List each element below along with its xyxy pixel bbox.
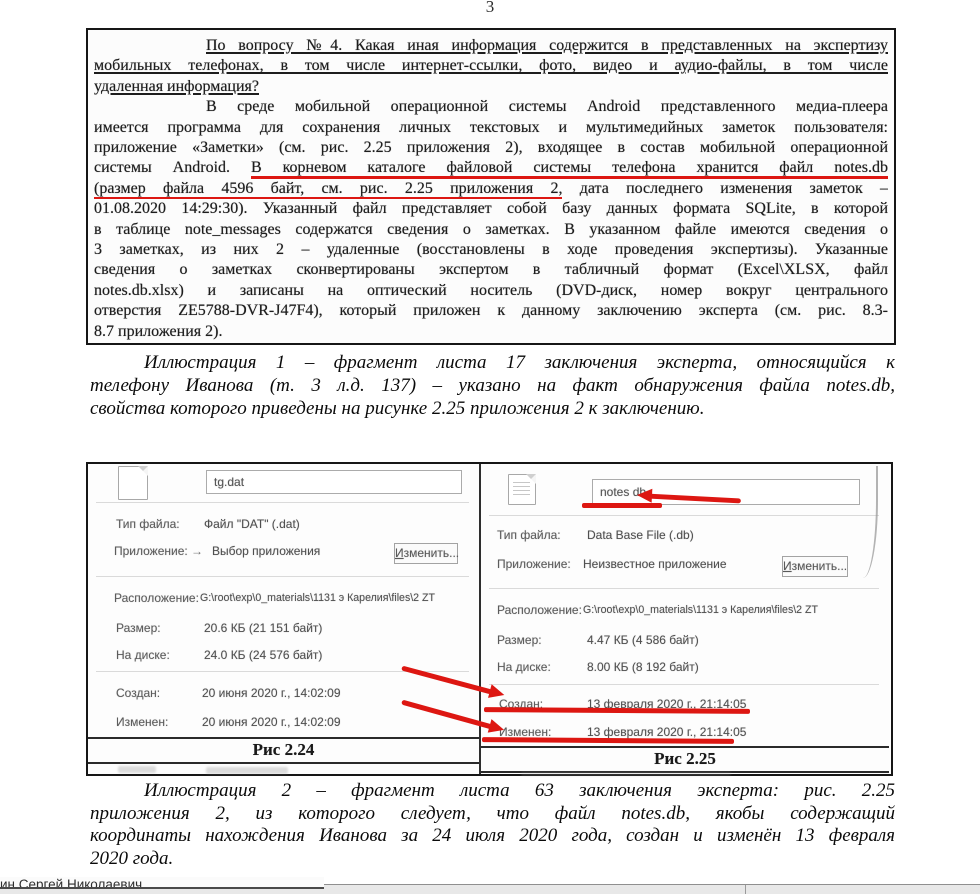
caption2-line: Иллюстрация 2 – фрагмент листа 63 заключ…	[90, 780, 895, 803]
file-type-value: Data Base File (.db)	[587, 528, 694, 542]
scan-text-line: в таблице note_messages содержатся сведе…	[94, 220, 888, 240]
modified-label: Изменен:	[116, 715, 168, 729]
scan-text-segment: 01.08.2020 14:29:30). Указанный файл пре…	[94, 200, 888, 217]
scan-text-line: По вопросу №4. Какая иная информация сод…	[94, 36, 888, 56]
scan-text-line: системы Android. В корневом каталоге фай…	[94, 158, 888, 178]
scan-text-segment: По вопросу №4. Какая иная информация сод…	[206, 37, 888, 54]
scan-text-segment: сведения о заметках сконвертированы эксп…	[94, 261, 888, 278]
file-icon	[118, 466, 148, 500]
filename-text: tg.dat	[214, 475, 244, 489]
scan-text-line: приложение «Заметки» (см. рис. 2.25 прил…	[94, 138, 888, 158]
separator	[96, 576, 469, 577]
scan-text-line: отверстия ZE5788-DVR-J47F4), который при…	[94, 301, 888, 321]
database-file-icon	[508, 474, 536, 505]
separator	[96, 502, 469, 503]
filename-field: tg.dat	[206, 470, 462, 494]
size-value: 4.47 КБ (4 586 байт)	[587, 633, 699, 647]
table-column-divider	[745, 885, 746, 894]
size-label: Размер:	[116, 621, 161, 635]
scan-text-segment: отверстия ZE5788-DVR-J47F4), который при…	[94, 302, 888, 319]
scan-artifact	[118, 766, 156, 773]
filename-red-underline	[582, 503, 662, 508]
file-type-label: Тип файла:	[116, 517, 180, 531]
caption1-line: Иллюстрация 1 – фрагмент листа 17 заключ…	[90, 351, 895, 374]
scan-text-line: мобильных телефонах, в том числе интерне…	[94, 56, 888, 76]
scan-text-line: сведения о заметках сконвертированы эксп…	[94, 260, 888, 280]
scan-text-segment: 8.7 приложения 2).	[94, 323, 222, 340]
scan-artifact	[206, 767, 288, 774]
scan-text-lines: По вопросу №4. Какая иная информация сод…	[94, 36, 888, 342]
caption1-line: свойства которого приведены на рисунке 2…	[90, 397, 895, 420]
red-underline-annotation: В корневом каталоге файловой системы тел…	[251, 159, 888, 178]
scan-text-line: удаленная информация?	[94, 77, 888, 97]
scan-text-segment: имеется программа для сохранения личных …	[94, 119, 888, 136]
on-disk-label: На диске:	[116, 648, 170, 662]
file-type-value: Файл "DAT" (.dat)	[204, 517, 300, 531]
location-value: G:\root\exp\0_materials\1131 э Карелия\f…	[583, 604, 818, 616]
caption2-line: приложения 2, из которого следует, что ф…	[90, 803, 895, 826]
figure-2-25-panel: notes db Тип файла: Data Base File (.db)…	[481, 464, 889, 774]
size-value: 20.6 КБ (21 151 байт)	[204, 621, 322, 635]
scan-text-segment: В среде мобильной операционной системы A…	[206, 98, 888, 115]
modified-value: 20 июня 2020 г., 14:02:09	[202, 715, 341, 729]
separator	[489, 684, 879, 685]
file-type-label: Тип файла:	[497, 528, 561, 542]
clipped-text-cell: ин Сергей Николаевич.	[0, 877, 324, 889]
app-value: Неизвестное приложение	[583, 557, 727, 571]
scan-text-line: имеется программа для сохранения личных …	[94, 118, 888, 138]
caption2-line: координаты нахождения Иванова за 24 июля…	[90, 825, 895, 848]
scan-text-line: notes.db.xlsx) и записаны на оптический …	[94, 281, 888, 301]
change-button: Изменить...	[782, 556, 848, 577]
created-value: 20 июня 2020 г., 14:02:09	[202, 686, 341, 700]
next-page-fragment: ин Сергей Николаевич.	[0, 876, 980, 894]
separator	[489, 588, 879, 589]
figure-caption: Рис 2.24	[88, 737, 479, 764]
scan-text-line: 01.08.2020 14:29:30). Указанный файл пре…	[94, 199, 888, 219]
illustration-2-caption: Иллюстрация 2 – фрагмент листа 63 заключ…	[90, 780, 895, 870]
expert-report-scan-block: По вопросу №4. Какая иная информация сод…	[86, 28, 896, 345]
scan-text-segment: приложение «Заметки» (см. рис. 2.25 прил…	[94, 139, 888, 156]
figure-2-24-panel: tg.dat Тип файла: Файл "DAT" (.dat) Прил…	[88, 464, 479, 774]
scan-text-line: 8.7 приложения 2).	[94, 322, 888, 342]
red-underline-annotation: (размер файла 4596 байт, см. рис. 2.25 п…	[94, 180, 562, 199]
scan-text-segment: системы Android.	[94, 159, 251, 176]
scan-text-line: 3 заметках, из них 2 – удаленные (восста…	[94, 240, 888, 260]
location-label: Расположение:	[114, 591, 199, 605]
separator	[489, 515, 879, 516]
size-label: Размер:	[497, 633, 542, 647]
location-value: G:\root\exp\0_materials\1131 э Карелия\f…	[200, 592, 435, 604]
on-disk-value: 8.00 КБ (8 192 байт)	[587, 660, 699, 674]
illustration-1-caption: Иллюстрация 1 – фрагмент листа 17 заключ…	[90, 351, 895, 420]
scan-text-line: (размер файла 4596 байт, см. рис. 2.25 п…	[94, 179, 888, 199]
scan-text-line: В среде мобильной операционной системы A…	[94, 97, 888, 117]
modified-value: 13 февраля 2020 г., 21:14:05	[587, 725, 746, 739]
scan-text-segment: мобильных телефонах, в том числе интерне…	[94, 57, 888, 74]
scan-text-segment: notes.db.xlsx) и записаны на оптический …	[94, 282, 888, 299]
app-select-arrow-icon: →	[191, 544, 203, 558]
on-disk-value: 24.0 КБ (24 576 байт)	[204, 648, 322, 662]
scan-text-segment: дата последнего изменения заметок –	[562, 180, 888, 197]
caption1-line: телефону Иванова (т. 3 л.д. 137) – указа…	[90, 374, 895, 397]
file-properties-scan-block: tg.dat Тип файла: Файл "DAT" (.dat) Прил…	[86, 462, 893, 776]
scan-text-segment: удаленная информация?	[94, 78, 259, 95]
scan-text-segment: 3 заметках, из них 2 – удаленные (восста…	[94, 241, 888, 258]
location-label: Расположение:	[497, 603, 582, 617]
caption2-line: 2020 года.	[90, 848, 895, 871]
change-button: Изменить...	[394, 543, 458, 564]
scan-text-segment: в таблице note_messages содержатся сведе…	[94, 221, 888, 238]
app-label: Приложение:	[497, 557, 571, 571]
created-label: Создан:	[116, 686, 160, 700]
scan-artifact	[521, 772, 731, 776]
on-disk-label: На диске:	[497, 660, 551, 674]
app-value: Выбор приложения	[212, 544, 320, 558]
figure-caption: Рис 2.25	[481, 746, 889, 773]
app-label: Приложение:	[114, 544, 188, 558]
page-number: 3	[0, 0, 980, 17]
